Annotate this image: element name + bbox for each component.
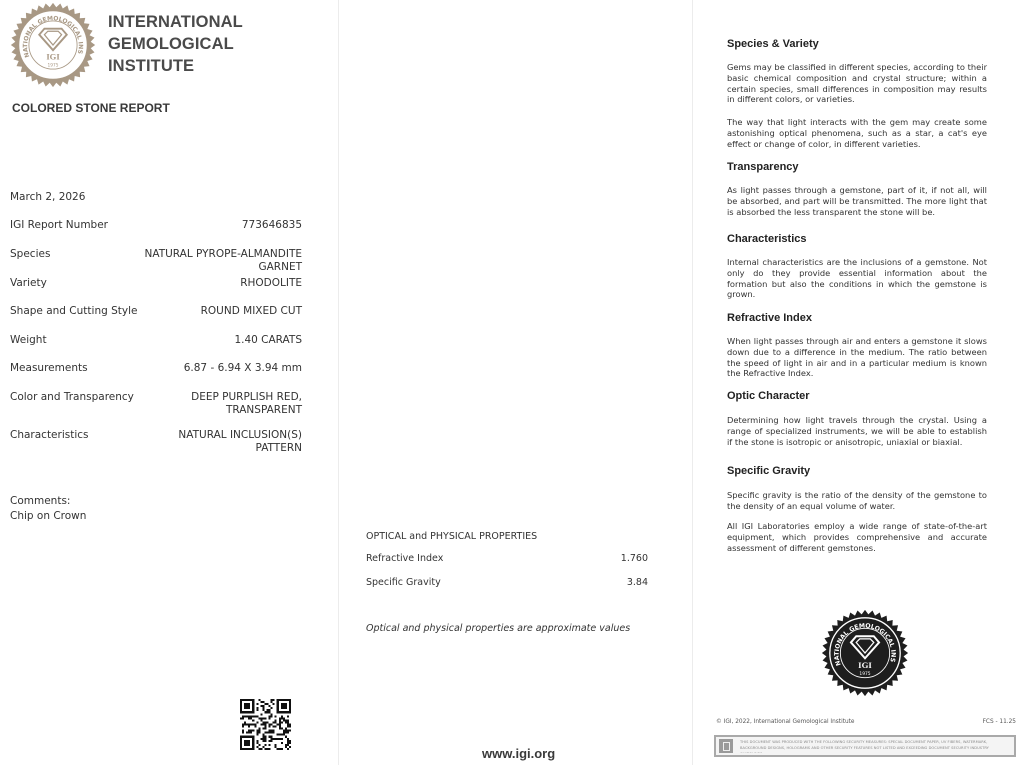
- detail-label: Weight: [10, 334, 47, 347]
- detail-value-line: RHODOLITE: [240, 277, 302, 290]
- detail-label: Measurements: [10, 362, 88, 375]
- copyright-text: © IGI, 2022, International Gemological I…: [716, 719, 854, 725]
- svg-text:1975: 1975: [48, 62, 59, 68]
- svg-text:1975: 1975: [859, 671, 870, 677]
- detail-label: Color and Transparency: [10, 391, 134, 404]
- detail-value-line: 773646835: [242, 219, 302, 232]
- optical-row-refractive-index: Refractive Index 1.760: [366, 553, 648, 564]
- detail-value: 6.87 - 6.94 X 3.94 mm: [184, 362, 302, 375]
- report-type-title: COLORED STONE REPORT: [12, 101, 170, 115]
- info-heading: Characteristics: [727, 233, 807, 245]
- detail-value: ROUND MIXED CUT: [201, 305, 302, 318]
- detail-value-line: DEEP PURPLISH RED,: [191, 391, 302, 404]
- fold-line: [338, 0, 339, 765]
- info-heading: Transparency: [727, 161, 799, 173]
- detail-value: RHODOLITE: [240, 277, 302, 290]
- detail-value-line: NATURAL PYROPE-ALMANDITE: [144, 248, 302, 261]
- optical-label: Specific Gravity: [366, 577, 441, 588]
- info-heading: Refractive Index: [727, 312, 812, 324]
- org-name-line: INTERNATIONAL: [108, 11, 243, 33]
- qr-code-icon[interactable]: [240, 699, 291, 750]
- detail-label: Species: [10, 248, 50, 261]
- detail-value-line: PATTERN: [178, 442, 302, 455]
- detail-value-line: TRANSPARENT: [191, 404, 302, 417]
- form-code: FCS - 11.25: [983, 719, 1016, 725]
- info-heading: Optic Character: [727, 390, 810, 402]
- optical-properties-title: OPTICAL and PHYSICAL PROPERTIES: [366, 531, 537, 542]
- report-date: March 2, 2026: [10, 191, 85, 203]
- info-paragraph: Internal characteristics are the inclusi…: [727, 257, 987, 300]
- org-name-line: INSTITUTE: [108, 55, 243, 77]
- website-link[interactable]: www.igi.org: [482, 746, 555, 761]
- detail-label: IGI Report Number: [10, 219, 108, 232]
- organization-name: INTERNATIONAL GEMOLOGICAL INSTITUTE: [108, 11, 243, 77]
- comments-label: Comments:: [10, 494, 86, 509]
- optical-value: 1.760: [621, 553, 648, 564]
- detail-value-line: GARNET: [144, 261, 302, 274]
- detail-value-line: 1.40 CARATS: [234, 334, 302, 347]
- report-middle-panel: [338, 0, 692, 765]
- info-paragraph: Specific gravity is the ratio of the den…: [727, 490, 987, 512]
- detail-value: DEEP PURPLISH RED,TRANSPARENT: [191, 391, 302, 416]
- comments-text: Chip on Crown: [10, 509, 86, 524]
- info-paragraph: When light passes through air and enters…: [727, 336, 987, 379]
- info-paragraph: Determining how light travels through th…: [727, 415, 987, 447]
- info-paragraph: All IGI Laboratories employ a wide range…: [727, 521, 987, 553]
- svg-text:IGI: IGI: [46, 52, 60, 62]
- detail-label: Characteristics: [10, 429, 89, 442]
- detail-value: NATURAL INCLUSION(S)PATTERN: [178, 429, 302, 454]
- optical-note: Optical and physical properties are appr…: [366, 623, 630, 634]
- info-heading: Species & Variety: [727, 38, 819, 50]
- detail-value-line: 6.87 - 6.94 X 3.94 mm: [184, 362, 302, 375]
- svg-text:IGI: IGI: [858, 660, 872, 670]
- igi-seal-icon: INTERNATIONAL GEMOLOGICAL INSTITUTEIGI19…: [10, 2, 96, 88]
- info-paragraph: Gems may be classified in different spec…: [727, 62, 987, 105]
- detail-value: NATURAL PYROPE-ALMANDITEGARNET: [144, 248, 302, 273]
- detail-value-line: NATURAL INCLUSION(S): [178, 429, 302, 442]
- org-name-line: GEMOLOGICAL: [108, 33, 243, 55]
- detail-value: 773646835: [242, 219, 302, 232]
- info-paragraph: As light passes through a gemstone, part…: [727, 185, 987, 217]
- detail-label: Shape and Cutting Style: [10, 305, 137, 318]
- igi-colored-stone-report: INTERNATIONAL GEMOLOGICAL INSTITUTEIGI19…: [0, 0, 1024, 765]
- detail-value-line: ROUND MIXED CUT: [201, 305, 302, 318]
- optical-row-specific-gravity: Specific Gravity 3.84: [366, 577, 648, 588]
- security-text: This document was produced with the foll…: [740, 739, 1010, 753]
- igi-seal-dark-icon: INTERNATIONAL GEMOLOGICAL INSTITUTEIGI19…: [821, 609, 909, 697]
- optical-label: Refractive Index: [366, 553, 443, 564]
- comments: Comments: Chip on Crown: [10, 494, 86, 523]
- info-heading: Specific Gravity: [727, 465, 810, 477]
- security-features-strip: This document was produced with the foll…: [714, 735, 1016, 757]
- fold-line: [692, 0, 693, 765]
- document-security-icon: [719, 739, 733, 753]
- detail-value: 1.40 CARATS: [234, 334, 302, 347]
- info-paragraph: The way that light interacts with the ge…: [727, 117, 987, 149]
- detail-label: Variety: [10, 277, 47, 290]
- optical-value: 3.84: [627, 577, 648, 588]
